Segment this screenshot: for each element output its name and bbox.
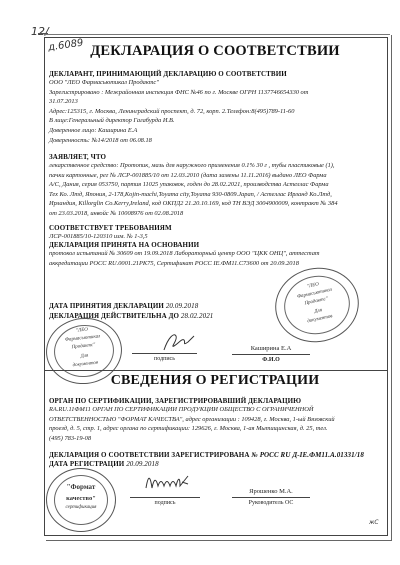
cert-head-line: [232, 497, 310, 498]
acceptance-date: 20.09.2018: [166, 302, 199, 310]
product-line-6: от 23.03.2018, инвойс № 10008976 от 02.0…: [49, 209, 384, 219]
applicant-name: ООО "ЛЕО Фармасьютикал Продактс": [49, 78, 384, 88]
cert-body-heading: ОРГАН ПО СЕРТИФИКАЦИИ, ЗАРЕГИСТРИРОВАВШИ…: [49, 397, 301, 405]
registered-number: № РОСС RU Д-IE.ФМ11.А.01331/18: [251, 451, 364, 459]
signatory-caption: Ф.И.О: [232, 357, 310, 363]
product-line-1: лекарственное средство: Протопик, мазь д…: [49, 161, 384, 171]
signatory-line: [232, 354, 310, 355]
product-line-4: Тех Ко. Лтд, Япония, 2-178,Kojin-machi,T…: [49, 190, 384, 200]
cert-body-line-2: ОТВЕТСТВЕННОСТЬЮ "ФОРМАТ КАЧЕСТВА", адре…: [49, 415, 384, 425]
basis-heading: ДЕКЛАРАЦИЯ ПРИНЯТА НА ОСНОВАНИИ: [49, 241, 199, 249]
section-divider: [44, 370, 388, 371]
cert-body-block: RA.RU.11ФМ11 ОРГАН ПО СЕРТИФИКАЦИИ ПРОДУ…: [49, 405, 384, 443]
applicant-registration-date: 31.07.2013: [49, 97, 384, 107]
registration-title: СВЕДЕНИЯ О РЕГИСТРАЦИИ: [44, 373, 386, 389]
cert-head-name: Ярошенко М.А.: [232, 488, 310, 495]
applicant-director: В лице:Генеральный директор Гагабурда И.…: [49, 116, 384, 126]
registered-row: ДЕКЛАРАЦИЯ О СООТВЕТСТВИИ ЗАРЕГИСТРИРОВА…: [49, 451, 364, 459]
cert-body-line-3: проезд, д. 5, стр. 1, адрес органа по се…: [49, 424, 384, 434]
signature-line: [130, 497, 200, 498]
signature-line: [132, 353, 197, 354]
declares-block: лекарственное средство: Протопик, мазь д…: [49, 161, 384, 219]
basis-line-1: протокол испытаний № 30609 от 19.09.2018…: [49, 249, 384, 259]
applicant-registration: Зарегистрировано : Межрайонная инспекция…: [49, 88, 384, 98]
outer-frame-right: [391, 35, 392, 540]
acceptance-date-row: ДАТА ПРИНЯТИЯ ДЕКЛАРАЦИИ 20.09.2018: [49, 302, 198, 310]
declares-heading: ЗАЯВЛЯЕТ, ЧТО: [49, 153, 106, 161]
handwritten-corner-mark: жС: [369, 519, 379, 526]
product-line-3: А/С, Дания, серия 053750, партия 11025 у…: [49, 180, 384, 190]
reg-date: 20.09.2018: [126, 460, 159, 468]
signature-declarant: [160, 328, 196, 354]
certification-body-stamp: "Формат качество" сертификация: [46, 468, 116, 532]
basis-block: протокол испытаний № 30609 от 19.09.2018…: [49, 249, 384, 268]
valid-until-label: ДЕКЛАРАЦИЯ ДЕЙСТВИТЕЛЬНА ДО: [49, 312, 179, 320]
outer-frame-top: [44, 34, 390, 35]
applicant-trustee: Доверенное лицо: Каширина Е.А: [49, 126, 384, 136]
cert-body-line-1: RA.RU.11ФМ11 ОРГАН ПО СЕРТИФИКАЦИИ ПРОДУ…: [49, 405, 384, 415]
acceptance-date-label: ДАТА ПРИНЯТИЯ ДЕКЛАРАЦИИ: [49, 302, 164, 310]
applicant-address: Адрес:125315, г. Москва, Ленинградский п…: [49, 107, 384, 117]
applicant-block: ООО "ЛЕО Фармасьютикал Продактс" Зарегис…: [49, 78, 384, 145]
signature-caption: подпись: [130, 500, 200, 506]
signature-cert-head: [144, 472, 192, 494]
cert-body-line-4: (495) 783-19-08: [49, 434, 384, 444]
valid-until-date: 28.02.2021: [181, 312, 214, 320]
reg-date-row: ДАТА РЕГИСТРАЦИИ 20.09.2018: [49, 460, 159, 468]
declaration-title: ДЕКЛАРАЦИЯ О СООТВЕТСТВИИ: [44, 43, 386, 60]
product-line-2: пачки картонные, рег № ЛСР-001885/10 от …: [49, 171, 384, 181]
signature-caption: подпись: [132, 356, 197, 362]
outer-frame-bottom: [46, 540, 392, 541]
reg-date-label: ДАТА РЕГИСТРАЦИИ: [49, 460, 124, 468]
registered-label: ДЕКЛАРАЦИЯ О СООТВЕТСТВИИ ЗАРЕГИСТРИРОВА…: [49, 451, 250, 459]
applicant-power-of-attorney: Доверенность: №14/2018 от 06.08.18: [49, 136, 384, 146]
signatory-name: Каширина Е.А: [232, 345, 310, 352]
product-line-5: Ирландия, Killorglin Co.Kerry,Ireland, к…: [49, 199, 384, 209]
basis-line-2: аккредитации РОСС RU.0001.21РК75, Сертиф…: [49, 259, 384, 269]
cert-head-caption: Руководитель ОС: [232, 500, 310, 506]
applicant-heading: ДЕКЛАРАНТ, ПРИНИМАЮЩИЙ ДЕКЛАРАЦИЮ О СООТ…: [49, 70, 287, 78]
conforms-heading: СООТВЕТСТВУЕТ ТРЕБОВАНИЯМ: [49, 224, 172, 232]
